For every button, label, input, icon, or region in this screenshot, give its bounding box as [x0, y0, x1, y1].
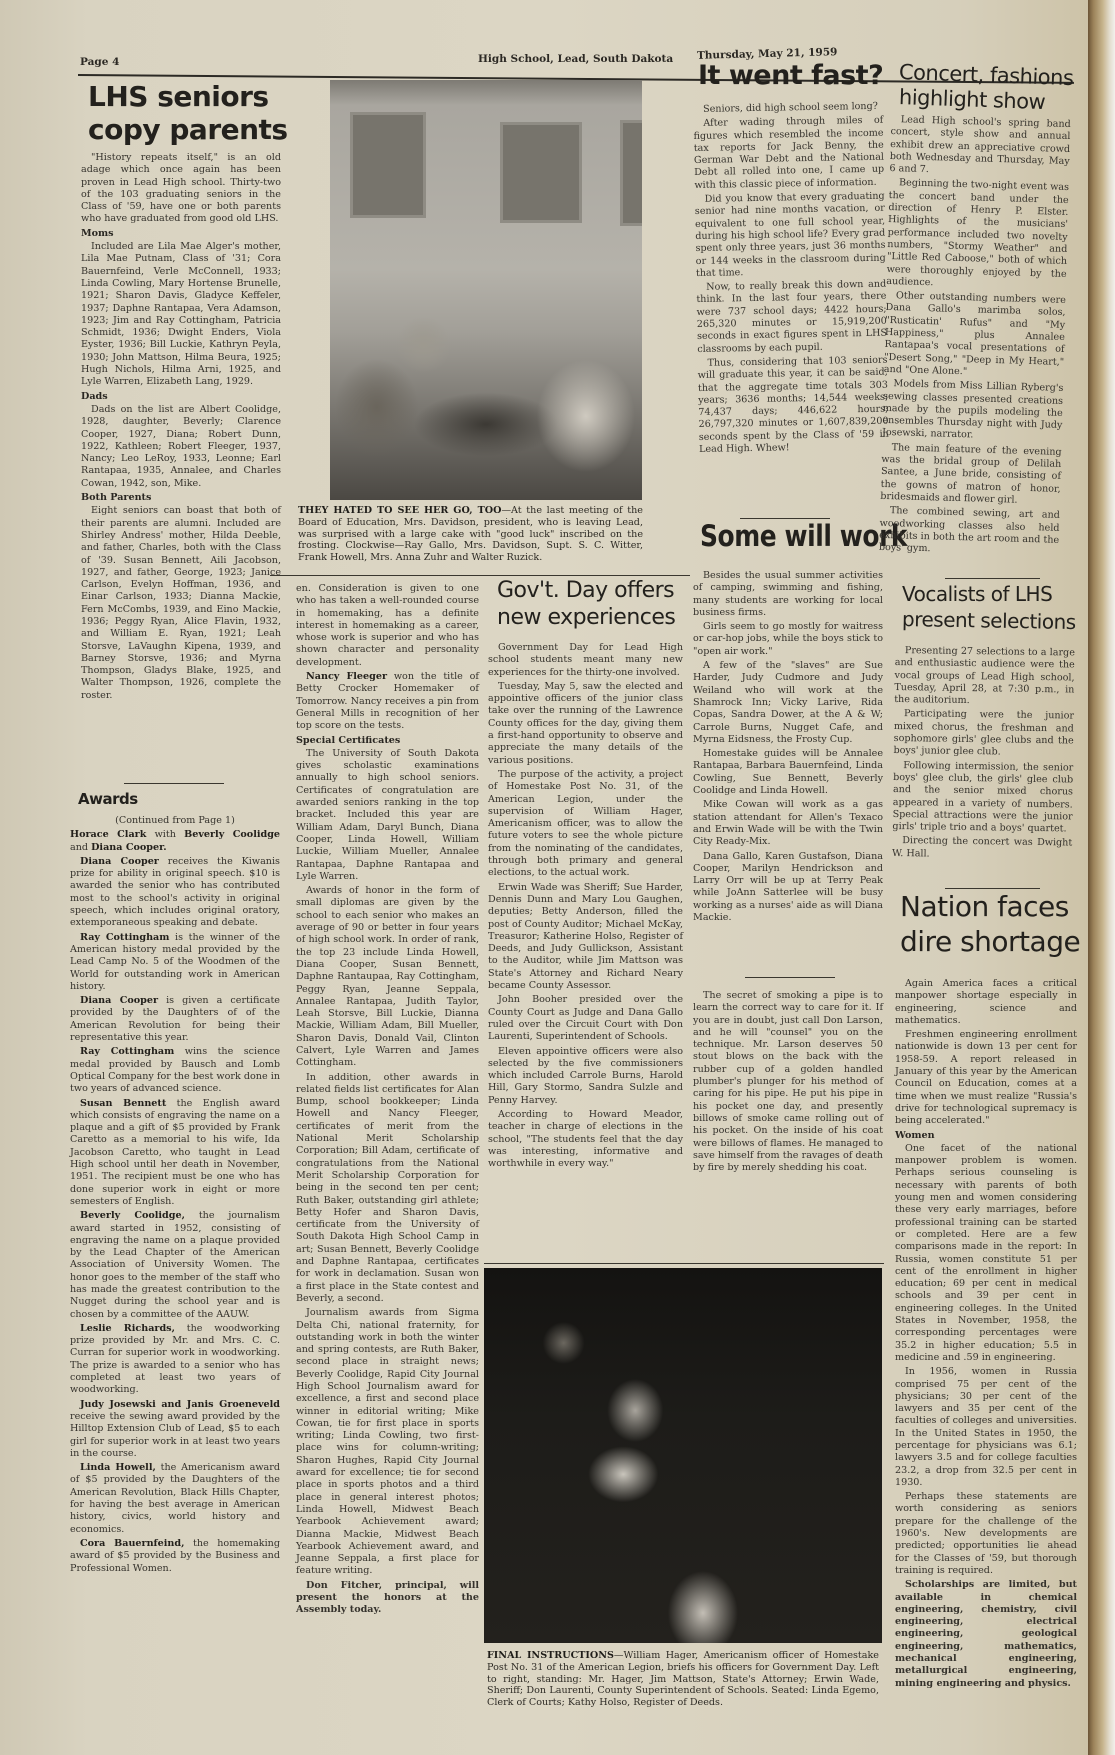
concert-paragraph: Models from Miss Lillian Ryberg's sewing…	[882, 378, 1064, 444]
nation-paragraph: Freshmen engineering enrollment nationwi…	[895, 1029, 1077, 1127]
article-awards-continued: en. Consideration is given to one who ha…	[296, 583, 479, 1619]
award-paragraph: Diana Cooper receives the Kiwanis prize …	[70, 856, 280, 930]
photo-board-caption: THEY HATED TO SEE HER GO, TOO—At the las…	[298, 505, 643, 564]
article-fast-body: Seniors, did high school seem long? Afte…	[693, 101, 889, 459]
book-binding-edge	[1088, 0, 1115, 1755]
headline-awards: Awards	[78, 792, 138, 807]
fast-paragraph: Did you know that every graduating senio…	[695, 191, 886, 280]
divider	[124, 783, 224, 784]
photo-government-day	[484, 1268, 882, 1643]
article-concert-body: Lead High school's spring band concert, …	[879, 114, 1071, 561]
govday-paragraph: Erwin Wade was Sheriff; Sue Harder, Denn…	[488, 882, 683, 993]
headline-seniors-line2: copy parents	[88, 116, 288, 145]
photo-window	[500, 122, 582, 223]
concert-paragraph: Lead High school's spring band concert, …	[889, 114, 1071, 180]
fleeger-paragraph: Nancy Fleeger won the title of Betty Cro…	[296, 671, 479, 732]
both-parents-text: Eight seniors can boast that both of the…	[81, 505, 281, 702]
nation-paragraph: Perhaps these statements are worth consi…	[895, 1491, 1077, 1577]
fast-paragraph: Thus, considering that 103 seniors will …	[697, 355, 889, 457]
govday-paragraph: According to Howard Meador, teacher in c…	[488, 1109, 683, 1170]
article-pipe-body: The secret of smoking a pipe is to learn…	[693, 990, 883, 1176]
award-paragraph: Ray Cottingham is the winner of the Amer…	[70, 932, 280, 993]
photo-board-of-education	[330, 80, 642, 500]
award-paragraph: Ray Cottingham wins the science medal pr…	[70, 1046, 280, 1095]
divider	[945, 578, 1040, 579]
article-work-body: Besides the usual summer activities of c…	[693, 570, 883, 926]
article-govday-body: Government Day for Lead High school stud…	[488, 642, 683, 1172]
journalism-text: Journalism awards from Sigma Delta Chi, …	[296, 1307, 479, 1578]
govday-paragraph: John Booher presided over the County Cou…	[488, 994, 683, 1043]
award-paragraph: Judy Josewski and Janis Groeneveld recei…	[70, 1399, 280, 1460]
concert-paragraph: The combined sewing, art and woodworking…	[879, 505, 1060, 559]
special-certificates-heading: Special Certificates	[296, 735, 479, 747]
addition-text: In addition, other awards in related fie…	[296, 1072, 479, 1306]
pipe-paragraph: The secret of smoking a pipe is to learn…	[693, 990, 883, 1174]
work-paragraph: A few of the "slaves" are Sue Harder, Ju…	[693, 660, 883, 746]
paper-place: High School, Lead, South Dakota	[478, 53, 673, 65]
award-paragraph: Linda Howell, the Americanism award of $…	[70, 1462, 280, 1536]
award-paragraph: Leslie Richards, the woodworking prize p…	[70, 1323, 280, 1397]
award-paragraph: Beverly Coolidge, the journalism award s…	[70, 1210, 280, 1321]
awards-lead: Horace Clark with Beverly Coolidge and D…	[70, 829, 280, 854]
vocal-paragraph: Presenting 27 selections to a large and …	[894, 645, 1075, 709]
divider	[745, 977, 835, 978]
article-seniors-body: "History repeats itself," is an old adag…	[81, 152, 281, 704]
dads-heading: Dads	[81, 391, 281, 403]
article-vocal-body: Presenting 27 selections to a large and …	[892, 645, 1075, 865]
vocal-paragraph: Following intermission, the senior boys'…	[892, 760, 1073, 836]
govday-paragraph: Tuesday, May 5, saw the elected and appo…	[488, 681, 683, 767]
article-nation-body: Again America faces a critical manpower …	[895, 978, 1077, 1692]
dads-text: Dads on the list are Albert Coolidge, 19…	[81, 404, 281, 490]
work-paragraph: Dana Gallo, Karen Gustafson, Diana Coope…	[693, 851, 883, 925]
women-heading: Women	[895, 1130, 1077, 1142]
vocal-paragraph: Directing the concert was Dwight W. Hall…	[892, 835, 1072, 862]
headline-vocal-line2: present selections	[902, 609, 1076, 632]
award-paragraph: Diana Cooper is given a certificate prov…	[70, 995, 280, 1044]
honor-text: Awards of honor in the form of small dip…	[296, 885, 479, 1069]
concert-paragraph: The main feature of the evening was the …	[880, 442, 1062, 508]
concert-paragraph: Beginning the two-night event was the co…	[886, 177, 1069, 293]
concert-paragraph: Other outstanding numbers were Dana Gall…	[884, 290, 1066, 381]
work-paragraph: Mike Cowan will work as a gas station at…	[693, 799, 883, 848]
vocal-paragraph: Participating were the junior mixed chor…	[893, 708, 1074, 760]
govday-paragraph: The purpose of the activity, a project o…	[488, 769, 683, 880]
photo-window	[620, 120, 642, 226]
headline-seniors-line1: LHS seniors	[88, 83, 269, 112]
continued-note: (Continued from Page 1)	[70, 815, 280, 827]
photo-window	[350, 112, 426, 218]
headline-nation-line1: Nation faces	[900, 893, 1069, 922]
award-paragraph: Susan Bennett the English award which co…	[70, 1098, 280, 1209]
fast-paragraph: After wading through miles of figures wh…	[693, 115, 884, 192]
headline-vocal-line1: Vocalists of LHS	[902, 584, 1052, 604]
work-paragraph: Besides the usual summer activities of c…	[693, 570, 883, 619]
closing-text: Don Fitcher, principal, will present the…	[296, 1580, 479, 1617]
work-paragraph: Homestake guides will be Annalee Rantapa…	[693, 748, 883, 797]
page-number: Page 4	[80, 56, 119, 68]
headline-work: Some will work	[700, 522, 907, 552]
divider	[270, 575, 690, 576]
article-awards-body: (Continued from Page 1) Horace Clark wit…	[70, 815, 280, 1577]
headline-nation-line2: dire shortage	[900, 928, 1080, 957]
moms-heading: Moms	[81, 228, 281, 240]
both-parents-heading: Both Parents	[81, 492, 281, 504]
special-certificates-text: The University of South Dakota gives sch…	[296, 748, 479, 883]
work-paragraph: Girls seem to go mostly for waitress or …	[693, 621, 883, 658]
fast-paragraph: Now, to really break this down and think…	[696, 279, 887, 356]
nation-paragraph: Scholarships are limited, but available …	[895, 1579, 1077, 1690]
homemaking-consideration: en. Consideration is given to one who ha…	[296, 583, 479, 669]
govday-paragraph: Eleven appointive officers were also sel…	[488, 1046, 683, 1107]
headline-concert-line2: highlight show	[899, 87, 1046, 113]
headline-fast: It went fast?	[698, 62, 883, 90]
nation-paragraph: In 1956, women in Russia comprised 75 pe…	[895, 1366, 1077, 1489]
headline-govday-line1: Gov't. Day offers	[497, 580, 674, 602]
divider	[945, 888, 1040, 889]
seniors-intro: "History repeats itself," is an old adag…	[81, 152, 281, 226]
moms-text: Included are Lila Mae Alger's mother, Li…	[81, 241, 281, 389]
govday-paragraph: Government Day for Lead High school stud…	[488, 642, 683, 679]
nation-paragraph: Again America faces a critical manpower …	[895, 978, 1077, 1027]
fast-paragraph: Seniors, did high school seem long?	[693, 101, 883, 117]
nation-paragraph: One facet of the national manpower probl…	[895, 1143, 1077, 1364]
headline-govday-line2: new experiences	[497, 607, 675, 629]
award-paragraph: Cora Bauernfeind, the homemaking award o…	[70, 1538, 280, 1575]
newspaper-page: Page 4 High School, Lead, South Dakota T…	[0, 0, 1088, 1755]
divider	[484, 1263, 884, 1264]
photo-govday-caption: FINAL INSTRUCTIONS—William Hager, Americ…	[487, 1650, 879, 1709]
